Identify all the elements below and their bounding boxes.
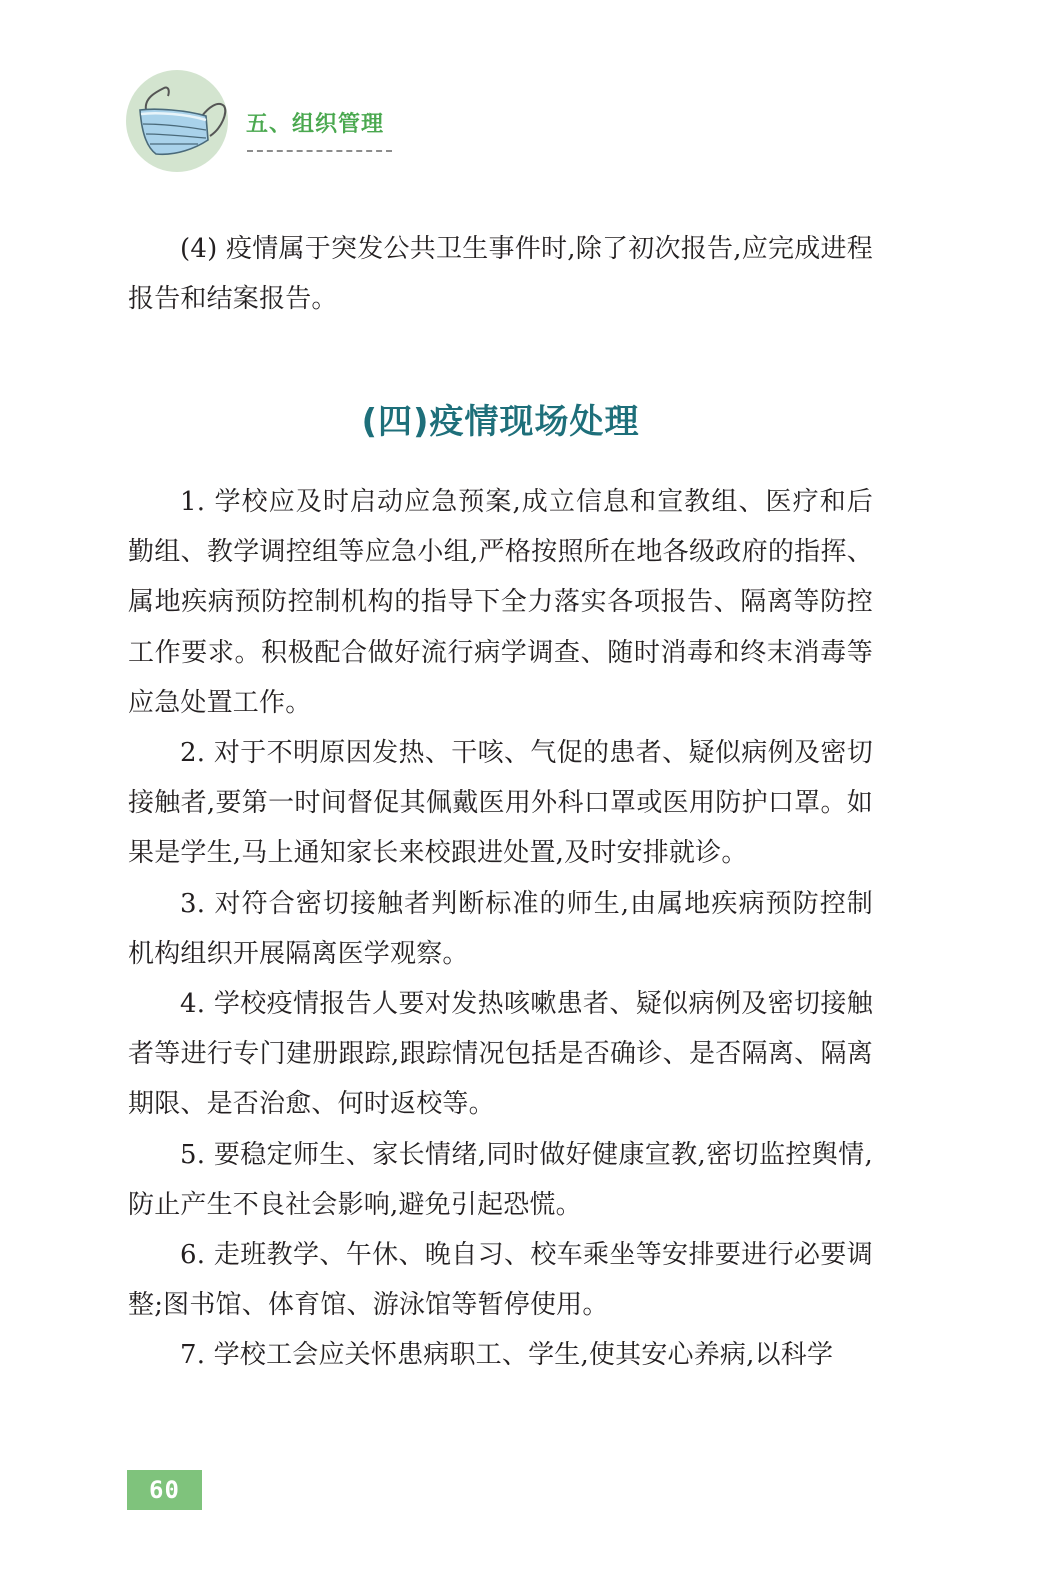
page-body: (4) 疫情属于突发公共卫生事件时,除了初次报告,应完成进程报告和结案报告。 (… xyxy=(128,224,873,324)
list-item: 7. 学校工会应关怀患病职工、学生,使其安心养病,以科学 xyxy=(128,1330,873,1380)
list-item: 6. 走班教学、午休、晚自习、校车乘坐等安排要进行必要调整;图书馆、体育馆、游泳… xyxy=(128,1230,873,1330)
chapter-title: 五、组织管理 xyxy=(246,107,384,138)
section-items: 1. 学校应及时启动应急预案,成立信息和宣教组、医疗和后勤组、教学调控组等应急小… xyxy=(128,477,873,1381)
section-title: (四)疫情现场处理 xyxy=(128,394,873,443)
chapter-header: 五、组织管理 xyxy=(126,70,426,175)
list-item: 4. 学校疫情报告人要对发热咳嗽患者、疑似病例及密切接触者等进行专门建册跟踪,跟… xyxy=(128,979,873,1130)
list-item: 3. 对符合密切接触者判断标准的师生,由属地疾病预防控制机构组织开展隔离医学观察… xyxy=(128,879,873,979)
list-item: 2. 对于不明原因发热、干咳、气促的患者、疑似病例及密切接触者,要第一时间督促其… xyxy=(128,728,873,879)
intro-paragraph: (4) 疫情属于突发公共卫生事件时,除了初次报告,应完成进程报告和结案报告。 xyxy=(128,224,873,324)
dashed-divider xyxy=(247,150,392,152)
list-item: 5. 要稳定师生、家长情绪,同时做好健康宣教,密切监控舆情,防止产生不良社会影响… xyxy=(128,1130,873,1230)
page-number: 60 xyxy=(127,1470,202,1510)
list-item: 1. 学校应及时启动应急预案,成立信息和宣教组、医疗和后勤组、教学调控组等应急小… xyxy=(128,477,873,728)
face-mask-icon xyxy=(126,70,228,172)
